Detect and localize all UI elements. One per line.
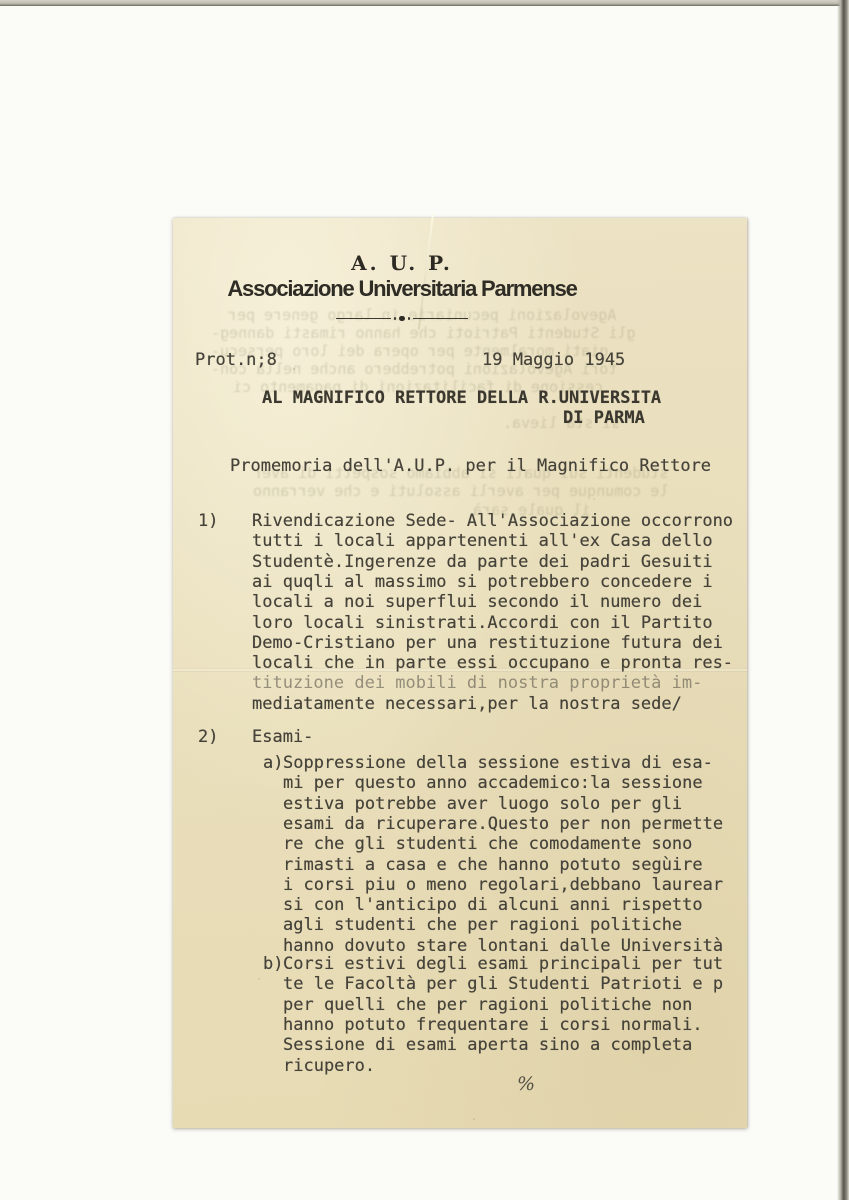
- ornament-divider-icon: [336, 315, 468, 322]
- item-text-line: locali a noi superflui secondo il numero…: [252, 592, 702, 612]
- item-text-line: Demo-Cristiano per una restituzione futu…: [252, 633, 723, 653]
- item-label: Esami-: [252, 727, 313, 747]
- recipient-line-2: DI PARMA: [563, 408, 645, 428]
- item-text-line: ai quqli al massimo si potrebbero conced…: [252, 572, 713, 592]
- subitem-text-line: Soppressione della sessione estiva di es…: [283, 753, 713, 773]
- subitem-text-line: estiva potrebbe aver luogo solo per gli: [283, 794, 682, 814]
- subitem-text-line: hanno potuto frequentare i corsi normali…: [283, 1015, 703, 1035]
- subitem-text-line: i corsi piu o meno regolari,debbano laur…: [283, 875, 723, 895]
- subitem-text-line: rimasti a casa e che hanno potuto segùir…: [283, 855, 703, 875]
- item-text-line: tituzione dei mobili di nostra proprietà…: [252, 673, 702, 693]
- org-name: Associazione Universitaria Parmense: [173, 276, 631, 302]
- subject-line: Promemoria dell'A.U.P. per il Magnifico …: [230, 456, 711, 476]
- item-number: 2): [198, 727, 218, 747]
- continuation-mark: %: [517, 1073, 535, 1095]
- item-text-line: Rivendicazione Sede- All'Associazione oc…: [252, 511, 733, 531]
- subitem-text-line: te le Facoltà per gli Studenti Patrioti …: [283, 974, 723, 994]
- bleedthrough-text: gli Studenti Patrioti che hanno rimasti …: [211, 324, 635, 342]
- letter-page: Agevolazioni pecuniarie in largo genere …: [173, 218, 747, 1128]
- subitem-text-line: agli studenti che per ragioni politiche: [283, 915, 682, 935]
- letter-date: 19 Maggio 1945: [482, 350, 625, 370]
- subitem-text-line: si con l'anticipo di alcuni anni rispett…: [283, 895, 703, 915]
- item-text-line: tutti i locali appartenenti all'ex Casa …: [252, 531, 713, 551]
- recipient-line-1: AL MAGNIFICO RETTORE DELLA R.UNIVERSITA: [262, 388, 661, 408]
- protocol-number: Prot.n;8: [195, 350, 277, 370]
- subitem-text-line: Sessione di esami aperta sino a completa: [283, 1035, 692, 1055]
- scanner-edge-right: [837, 0, 849, 1200]
- item-text-line: Studentè.Ingerenze da parte dei padri Ge…: [252, 552, 713, 572]
- item-text-line: loro locali sinistrati.Accordi con il Pa…: [252, 613, 713, 633]
- subitem-text-line: mi per questo anno accademico:la session…: [283, 773, 703, 793]
- scanner-edge-top: [0, 0, 849, 6]
- org-abbreviation: A. U. P.: [173, 251, 631, 275]
- subitem-letter: a): [263, 753, 283, 773]
- item-text-line: locali che in parte essi occupano e pron…: [252, 653, 733, 673]
- subitem-text-line: esami da ricuperare.Questo per non perme…: [283, 814, 723, 834]
- item-text-line: mediatamente necessari,per la nostra sed…: [252, 694, 682, 714]
- bleedthrough-text: le comunque per averli assoluti e che ve…: [253, 482, 668, 500]
- subitem-letter: b): [263, 954, 283, 974]
- subitem-text-line: per quelli che per ragioni politiche non: [283, 995, 692, 1015]
- subitem-text-line: re che gli studenti che comodamente sono: [283, 834, 692, 854]
- item-number: 1): [198, 511, 218, 531]
- paper-specks: [293, 368, 295, 370]
- subitem-text-line: Corsi estivi degli esami principali per …: [283, 954, 723, 974]
- subitem-text-line: ricupero.: [283, 1056, 375, 1076]
